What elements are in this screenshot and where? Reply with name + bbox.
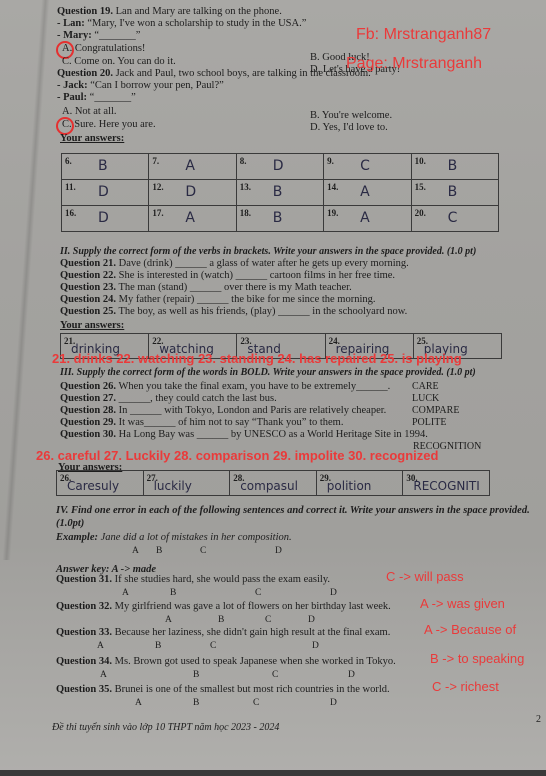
answers-label: Your answers: bbox=[60, 133, 124, 145]
option-letter-a: A bbox=[100, 670, 107, 680]
mc-answer-table: 6.B7.A8.D9.C10.B11.D12.D13.B14.A15.B16.D… bbox=[61, 153, 499, 232]
option-letter-c: C bbox=[200, 546, 206, 556]
section3-answer-table: 26.Caresuly27.luckily28.compasul29.polit… bbox=[56, 470, 490, 496]
correction-key: A -> was given bbox=[420, 597, 505, 611]
watermark-fb: Fb: Mrstranganh87 bbox=[356, 26, 491, 44]
question-line: Question 23. The man (stand) ______ over… bbox=[60, 282, 352, 294]
bold-word: LUCK bbox=[412, 393, 439, 405]
option-letter-c: C bbox=[210, 641, 216, 651]
q20-jack: - Jack: “Can I borrow your pen, Paul?” bbox=[57, 80, 224, 92]
question-number: 8. bbox=[240, 156, 247, 166]
option-letter-a: A bbox=[135, 698, 142, 708]
correction-key: B -> to speaking bbox=[430, 652, 524, 666]
option-letter-a: A bbox=[122, 588, 129, 598]
question-line: Question 33. Because her laziness, she d… bbox=[56, 627, 390, 639]
question-line: Question 25. The boy, as well as his fri… bbox=[60, 306, 407, 318]
option-letter-a: A bbox=[132, 546, 139, 556]
bold-word: COMPARE bbox=[412, 405, 459, 417]
answer-cell: 7.A bbox=[149, 154, 236, 180]
q19-option-a: A. Congratulations! bbox=[62, 43, 145, 55]
option-letter-d: D bbox=[330, 698, 337, 708]
q20-option-c: C. Sure. Here you are. bbox=[62, 119, 156, 131]
question-number: 20. bbox=[415, 208, 426, 218]
table-edge bbox=[0, 770, 546, 776]
question-line: Question 26. When you take the final exa… bbox=[60, 381, 390, 393]
question-line: Question 31. If she studies hard, she wo… bbox=[56, 574, 330, 586]
question-number: 17. bbox=[152, 208, 163, 218]
question-number: 19. bbox=[327, 208, 338, 218]
answer-cell: 29.polition bbox=[316, 471, 403, 496]
option-letter-d: D bbox=[330, 588, 337, 598]
example: Example: Jane did a lot of mistakes in h… bbox=[56, 532, 292, 544]
correction-key: C -> will pass bbox=[386, 570, 464, 584]
handwritten-answer: B bbox=[448, 184, 458, 200]
option-letter-d: D bbox=[275, 546, 282, 556]
question-number: 14. bbox=[327, 182, 338, 192]
answer-cell: 16.D bbox=[62, 206, 149, 232]
question-number: 16. bbox=[65, 208, 76, 218]
handwritten-answer: A bbox=[360, 210, 370, 226]
question-line: Question 28. In ______ with Tokyo, Londo… bbox=[60, 405, 386, 417]
option-letter-c: C bbox=[265, 615, 271, 625]
handwritten-answer: compasul bbox=[240, 479, 298, 493]
section2-answer-key: 21. drinks 22. watching 23. standing 24.… bbox=[52, 352, 462, 366]
option-letter-b: B bbox=[193, 670, 199, 680]
handwritten-answer: luckily bbox=[154, 479, 192, 493]
option-letter-d: D bbox=[348, 670, 355, 680]
answer-cell: 30.RECOGNITI bbox=[403, 471, 490, 496]
option-letter-c: C bbox=[253, 698, 259, 708]
handwritten-answer: D bbox=[185, 184, 196, 200]
q20-option-b: B. You're welcome. bbox=[310, 110, 392, 122]
section4-heading: IV. Find one error in each of the follow… bbox=[56, 504, 538, 530]
handwritten-answer: B bbox=[448, 158, 458, 174]
question-number: 18. bbox=[240, 208, 251, 218]
handwritten-answer: RECOGNITI bbox=[413, 479, 479, 493]
answer-cell: 15.B bbox=[411, 180, 498, 206]
handwritten-answer: D bbox=[273, 158, 284, 174]
question-number: 9. bbox=[327, 156, 334, 166]
q19-mary: - Mary: “_______” bbox=[57, 30, 140, 42]
q20-option-d: D. Yes, I'd love to. bbox=[310, 122, 388, 134]
option-letter-a: A bbox=[97, 641, 104, 651]
handwritten-answer: D bbox=[98, 210, 109, 226]
handwritten-answer: B bbox=[273, 210, 283, 226]
correction-key: A -> Because of bbox=[424, 623, 516, 637]
handwritten-answer: polition bbox=[327, 479, 372, 493]
handwritten-answer: A bbox=[185, 158, 195, 174]
q20-option-a: A. Not at all. bbox=[62, 106, 117, 118]
handwritten-answer: D bbox=[98, 184, 109, 200]
answer-cell: 19.A bbox=[324, 206, 411, 232]
section3-answer-key: 26. careful 27. Luckily 28. comparison 2… bbox=[36, 449, 438, 463]
question-line: Question 29. It was______ of him not to … bbox=[60, 417, 343, 429]
handwritten-answer: B bbox=[98, 158, 108, 174]
handwritten-answer: B bbox=[273, 184, 283, 200]
answer-cell: 12.D bbox=[149, 180, 236, 206]
bold-word: POLITE bbox=[412, 417, 446, 429]
correction-key: C -> richest bbox=[432, 680, 499, 694]
question-line: Question 34. Ms. Brown got used to speak… bbox=[56, 656, 396, 668]
answer-cell: 14.A bbox=[324, 180, 411, 206]
answer-cell: 26.Caresuly bbox=[57, 471, 144, 496]
option-letter-d: D bbox=[308, 615, 315, 625]
section2-heading: II. Supply the correct form of the verbs… bbox=[60, 246, 476, 258]
question-number: 12. bbox=[152, 182, 163, 192]
page-number: 2 bbox=[536, 714, 541, 726]
question-line: Question 22. She is interested in (watch… bbox=[60, 270, 395, 282]
handwritten-answer: C bbox=[360, 158, 370, 174]
answer-cell: 20.C bbox=[411, 206, 498, 232]
question-number: 7. bbox=[152, 156, 159, 166]
answer-cell: 13.B bbox=[236, 180, 323, 206]
q19-option-c: C. Come on. You can do it. bbox=[62, 56, 176, 68]
question-number: 15. bbox=[415, 182, 426, 192]
footer-text: Đề thi tuyển sinh vào lớp 10 THPT năm họ… bbox=[52, 722, 279, 734]
q19-intro: Question 19. Lan and Mary are talking on… bbox=[57, 6, 282, 18]
answer-cell: 9.C bbox=[324, 154, 411, 180]
paper-fold bbox=[2, 0, 49, 560]
answers-label: Your answers: bbox=[60, 320, 124, 332]
question-line: Question 27. ______, they could catch th… bbox=[60, 393, 277, 405]
option-letter-b: B bbox=[218, 615, 224, 625]
q20-paul: - Paul: “_______” bbox=[57, 92, 136, 104]
question-line: Question 32. My girlfriend was gave a lo… bbox=[56, 601, 391, 613]
question-number: 10. bbox=[415, 156, 426, 166]
answer-cell: 6.B bbox=[62, 154, 149, 180]
exam-paper: Question 19. Lan and Mary are talking on… bbox=[0, 0, 546, 776]
answer-cell: 17.A bbox=[149, 206, 236, 232]
question-line: Question 21. Dave (drink) ______ a glass… bbox=[60, 258, 409, 270]
question-number: 11. bbox=[65, 182, 76, 192]
answer-cell: 28.compasul bbox=[230, 471, 317, 496]
question-line: Question 24. My father (repair) ______ t… bbox=[60, 294, 376, 306]
option-letter-b: B bbox=[193, 698, 199, 708]
answer-cell: 11.D bbox=[62, 180, 149, 206]
handwritten-answer: A bbox=[185, 210, 195, 226]
q20-intro: Question 20. Jack and Paul, two school b… bbox=[57, 68, 371, 80]
question-number: 6. bbox=[65, 156, 72, 166]
answer-cell: 27.luckily bbox=[143, 471, 230, 496]
question-line: Question 30. Ha Long Bay was ______ by U… bbox=[60, 429, 428, 441]
handwritten-answer: A bbox=[360, 184, 370, 200]
answer-cell: 8.D bbox=[236, 154, 323, 180]
option-letter-c: C bbox=[255, 588, 261, 598]
option-letter-c: C bbox=[272, 670, 278, 680]
handwritten-answer: Caresuly bbox=[67, 479, 119, 493]
section3-heading: III. Supply the correct form of the word… bbox=[60, 367, 476, 379]
answer-cell: 18.B bbox=[236, 206, 323, 232]
option-letter-b: B bbox=[155, 641, 161, 651]
q19-lan: - Lan: “Mary, I've won a scholarship to … bbox=[57, 18, 306, 30]
bold-word: CARE bbox=[412, 381, 439, 393]
handwritten-answer: C bbox=[448, 210, 458, 226]
question-line: Question 35. Brunei is one of the smalle… bbox=[56, 684, 390, 696]
question-number: 13. bbox=[240, 182, 251, 192]
option-letter-b: B bbox=[156, 546, 162, 556]
answer-cell: 10.B bbox=[411, 154, 498, 180]
option-letter-a: A bbox=[165, 615, 172, 625]
option-letter-d: D bbox=[312, 641, 319, 651]
option-letter-b: B bbox=[170, 588, 176, 598]
